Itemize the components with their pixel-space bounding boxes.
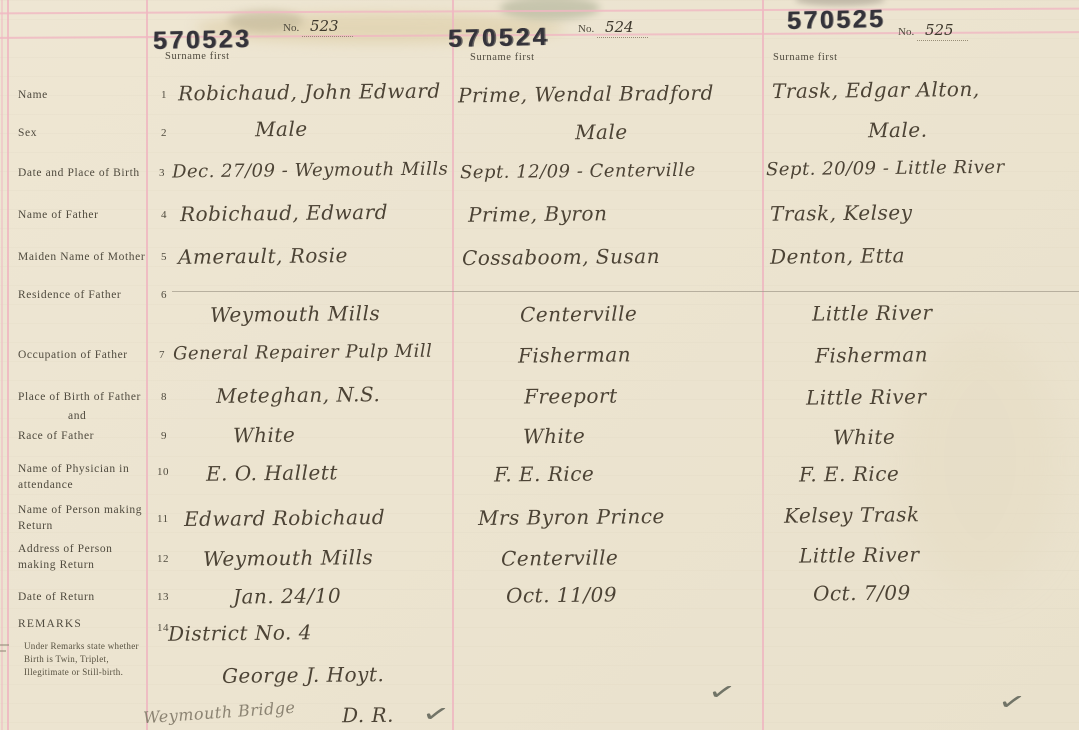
entry-mother-maiden-name: Cossaboom, Susan <box>462 244 660 270</box>
row-number: 10 <box>157 466 169 478</box>
field-label-occupation-of-father: Occupation of Father <box>18 348 128 364</box>
no-label: No. <box>283 22 299 34</box>
entry-date-place-of-birth: Sept. 12/09 - Centerville <box>460 160 696 183</box>
remarks-instruction-note: Under Remarks state whether Birth is Twi… <box>24 640 142 679</box>
entry-father-name: Robichaud, Edward <box>180 200 388 226</box>
entry-initials: D. R. <box>342 703 394 728</box>
record-no-handwritten: 524 <box>597 18 648 38</box>
entry-physician: F. E. Rice <box>799 461 900 486</box>
surname-first-label: Surname first <box>773 51 838 65</box>
field-label-date-place-of-birth: Date and Place of Birth <box>18 166 140 182</box>
entry-physician: E. O. Hallett <box>206 460 338 485</box>
entry-date-of-return: Oct. 11/09 <box>506 582 617 607</box>
entry-date-of-return: Jan. 24/10 <box>233 583 341 608</box>
checkmark: ✓ <box>706 676 738 708</box>
field-label-race-of-father: Race of Father <box>18 429 94 445</box>
entry-father-name: Trask, Kelsey <box>770 200 913 225</box>
entry-name: Prime, Wendal Bradford <box>458 81 714 108</box>
field-label-remarks: REMARKS <box>18 617 82 633</box>
no-label: No. <box>898 26 914 38</box>
divider-col2-col3 <box>762 0 764 730</box>
field-label-date-of-return: Date of Return <box>18 590 95 606</box>
entry-sex: Male. <box>868 118 928 143</box>
entry-remarks-registrar: George J. Hoyt. <box>222 662 385 688</box>
entry-father-race: White <box>233 423 295 448</box>
entry-sex: Male <box>255 117 308 142</box>
field-label-name-of-father: Name of Father <box>18 208 99 224</box>
divider-col1-col2 <box>452 0 454 730</box>
page-left-edge-rule <box>1 0 3 730</box>
field-label-maiden-name-of-mother: Maiden Name of Mother <box>18 250 145 266</box>
surname-first-label: Surname first <box>470 51 535 65</box>
entry-date-place-of-birth: Dec. 27/09 - Weymouth Mills <box>172 159 449 183</box>
entry-father-occupation: General Repairer Pulp Mill <box>173 341 433 365</box>
entry-father-name: Prime, Byron <box>468 201 608 226</box>
entry-address-of-return: Little River <box>799 542 920 567</box>
entry-father-residence: Weymouth Mills <box>210 301 380 327</box>
row-number: 13 <box>157 591 169 603</box>
entry-name: Robichaud, John Edward <box>178 79 441 106</box>
entry-address-of-return: Weymouth Mills <box>203 545 373 571</box>
row-number: 4 <box>161 209 167 221</box>
and-connector: and <box>68 409 86 425</box>
no-field: No. 524 <box>578 18 648 36</box>
field-label-sex: Sex <box>18 126 37 142</box>
field-label-person-making-return: Name of Person making Return <box>18 503 144 534</box>
entry-father-birthplace: Little River <box>806 384 927 409</box>
entry-father-residence: Little River <box>812 300 933 325</box>
entry-mother-maiden-name: Amerault, Rosie <box>178 243 348 269</box>
entry-father-race: White <box>523 424 585 449</box>
entry-father-residence: Centerville <box>520 301 638 326</box>
entry-father-occupation: Fisherman <box>815 342 928 367</box>
no-label: No. <box>578 23 594 35</box>
entry-date-of-return: Oct. 7/09 <box>813 580 911 605</box>
entry-address-of-return: Centerville <box>501 545 619 570</box>
row-number: 1 <box>161 89 167 101</box>
surname-first-label: Surname first <box>165 50 230 64</box>
row-number: 3 <box>159 167 165 179</box>
row-number: 5 <box>161 251 167 263</box>
entry-mother-maiden-name: Denton, Etta <box>770 243 905 268</box>
entry-father-birthplace: Meteghan, N.S. <box>216 382 381 408</box>
divider-labels-col1 <box>146 0 148 730</box>
field-label-address-of-person-making-return: Address of Person making Return <box>18 542 146 573</box>
record-no-handwritten: 523 <box>302 17 353 37</box>
entry-physician: F. E. Rice <box>494 461 595 486</box>
label-column-left-rule <box>7 0 9 730</box>
entry-father-birthplace: Freeport <box>524 384 618 409</box>
residence-row-line <box>172 291 1079 292</box>
entry-name: Trask, Edgar Alton, <box>772 77 980 103</box>
checkmark: ✓ <box>996 686 1028 718</box>
checkmark: ✓ <box>420 698 452 730</box>
record-number-stamp: 570524 <box>448 23 550 54</box>
entry-person-making-return: Edward Robichaud <box>184 505 385 531</box>
field-label-name: Name <box>18 88 48 104</box>
entry-person-making-return: Mrs Byron Prince <box>478 504 665 530</box>
row-number: 11 <box>157 513 169 525</box>
no-field: No. 525 <box>898 21 968 39</box>
row-number: 8 <box>161 391 167 403</box>
margin-pencil-mark <box>0 644 9 646</box>
entry-person-making-return: Kelsey Trask <box>784 502 920 527</box>
entry-father-race: White <box>833 425 895 450</box>
birth-register-page: 570523 No. 523 Surname first 570524 No. … <box>0 0 1079 730</box>
field-label-place-of-birth-of-father: Place of Birth of Father <box>18 390 141 406</box>
row-number: 12 <box>157 553 169 565</box>
entry-pencil-note: Weymouth Bridge <box>143 698 297 728</box>
entry-date-place-of-birth: Sept. 20/09 - Little River <box>766 157 1005 180</box>
entry-sex: Male <box>575 120 628 145</box>
stain-right-column <box>900 330 1060 590</box>
row-number: 6 <box>161 289 167 301</box>
entry-remarks-district: District No. 4 <box>168 620 312 646</box>
row-number: 9 <box>161 430 167 442</box>
entry-father-occupation: Fisherman <box>518 342 631 367</box>
field-label-physician: Name of Physician in attendance <box>18 462 144 493</box>
row-number: 2 <box>161 127 167 139</box>
row-number: 7 <box>159 349 165 361</box>
no-field: No. 523 <box>283 17 353 35</box>
field-label-residence-of-father: Residence of Father <box>18 288 121 304</box>
record-number-stamp: 570525 <box>787 5 886 36</box>
margin-pencil-mark <box>0 650 6 652</box>
record-no-handwritten: 525 <box>917 21 968 41</box>
